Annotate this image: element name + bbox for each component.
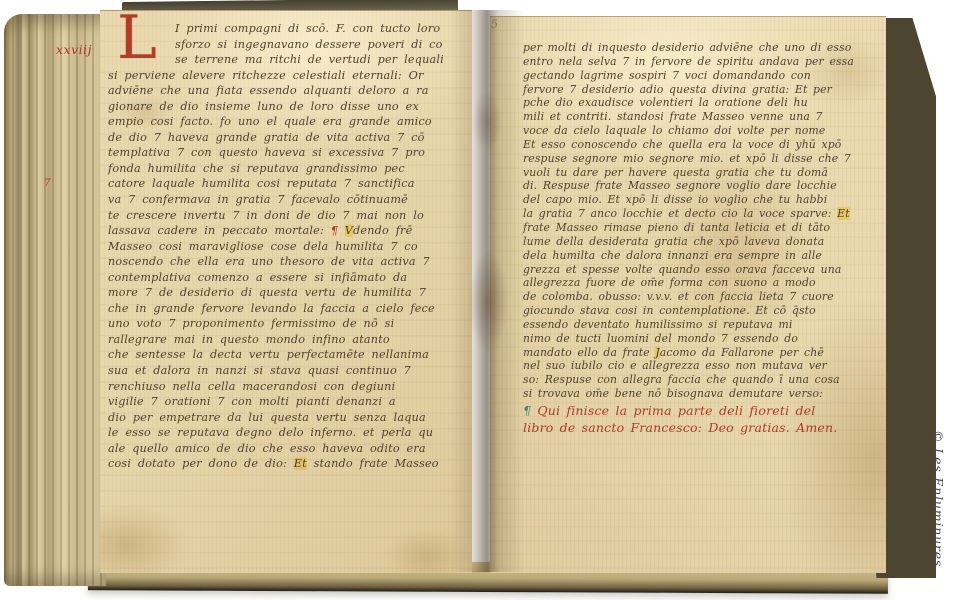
right-page-text: per molti di inquesto desiderio adviēne …: [523, 41, 879, 401]
text-line: respuse segnore mio segnore mio. et xpō …: [523, 152, 879, 166]
text-line: vuoli tu dare per havere questa gratia c…: [523, 166, 879, 180]
photo-credit: © Les Enluminures: [931, 430, 946, 567]
text-line: sforzo si ingegnavano dessere poveri di …: [108, 37, 464, 53]
text-line: si trovava om̄e bene nō bisognava demuta…: [523, 387, 879, 401]
text-line: nel suo iubilo cio e allegrezza esso non…: [523, 359, 879, 373]
left-page-text: I primi compagni di scō. F. con tucto lo…: [108, 21, 464, 472]
text-line: fonda humilita che si reputava grandissi…: [108, 161, 464, 177]
text-line: ¶ Qui finisce la prima parte deli fioret…: [523, 403, 873, 420]
left-page: L I primi compagni di scō. F. con tucto …: [100, 10, 472, 573]
text-line: Et esso conoscendo che quella era la voc…: [523, 138, 879, 152]
text-line: allegrezza fuore de om̄e forma con suono…: [523, 276, 879, 290]
text-line: adviēne che una fiata essendo alquanti d…: [108, 83, 464, 99]
right-page: 45 per molti di inquesto desiderio adviē…: [490, 16, 886, 573]
text-line: rallegrare mai in questo mondo infino at…: [108, 332, 464, 348]
text-line: le esso se reputava degno delo inferno. …: [108, 425, 464, 441]
text-line: I primi compagni di scō. F. con tucto lo…: [108, 21, 464, 37]
text-line: grezza et spesse volte quando esso orava…: [523, 263, 879, 277]
text-line: templativa 7 con questo haveva si excess…: [108, 145, 464, 161]
text-line: contemplativa comenzo a essere si infiām…: [108, 270, 464, 286]
text-line: gionare de dio insieme luno de loro diss…: [108, 99, 464, 115]
chapter-number-label: xxviij: [56, 42, 92, 57]
text-line: per molti di inquesto desiderio adviēne …: [523, 41, 879, 55]
text-line: mandato ello da frate Jacomo da Fallaron…: [523, 346, 879, 360]
text-line: sua et dalora in nanzi si stava quasi co…: [108, 363, 464, 379]
folio-number: 45: [490, 17, 499, 32]
text-line: noscendo che ella era uno thesoro de vit…: [108, 254, 464, 270]
text-line: mili et contriti. standosi frate Masseo …: [523, 110, 879, 124]
text-line: te crescere invertu 7 in doni de dio 7 m…: [108, 208, 464, 224]
text-line: empio cosi facto. fo uno el quale era gr…: [108, 114, 464, 130]
text-line: more 7 de desiderio di questa vertu de h…: [108, 285, 464, 301]
text-line: libro de sancto Francesco: Deo gratias. …: [523, 420, 873, 437]
text-line: di. Respuse frate Masseo segnore voglio …: [523, 179, 879, 193]
text-line: dela humilta che dalora innanzi era semp…: [523, 249, 879, 263]
text-line: del capo mio. Et xpō li disse io voglio …: [523, 193, 879, 207]
text-line: va 7 confermava in gratia 7 facevalo cōt…: [108, 192, 464, 208]
text-line: frate Masseo rimase pieno di tanta letic…: [523, 221, 879, 235]
text-line: nimo de tucti luomini del mondo 7 essend…: [523, 332, 879, 346]
text-line: lume della desiderata gratia che xpō lav…: [523, 235, 879, 249]
text-line: si perviene alevere ritchezze celestiali…: [108, 68, 464, 84]
text-line: dio per empetrare da lui questa vertu se…: [108, 410, 464, 426]
text-line: uno voto 7 proponimento fermissimo de nō…: [108, 316, 464, 332]
text-line: de colomba. obusso: v.v.v. et con faccia…: [523, 290, 879, 304]
colophon-rubric: ¶ Qui finisce la prima parte deli fioret…: [523, 403, 873, 436]
text-line: gectando lagrime sospiri 7 voci domandan…: [523, 69, 879, 83]
text-line: entro nela selva 7 in fervore de spiritu…: [523, 55, 879, 69]
text-line: Masseo cosi maravigliose cose dela humil…: [108, 239, 464, 255]
text-line: vigilie 7 orationi 7 con molti pianti de…: [108, 394, 464, 410]
text-line: giocundo stava cosi in contemplatione. E…: [523, 304, 879, 318]
text-line: so: Respuse con allegra faccia che quand…: [523, 373, 879, 387]
text-line: se terrene ma ritchi de vertudi per lequ…: [108, 52, 464, 68]
text-line: essendo deventato humilissimo si reputav…: [523, 318, 879, 332]
text-line: pche dio exaudisce volentieri la oration…: [523, 96, 879, 110]
text-line: catore laquale humilita cosi reputata 7 …: [108, 176, 464, 192]
text-line: che in grande fervore levando la faccia …: [108, 301, 464, 317]
text-line: la gratia 7 anco locchie et decto cio la…: [523, 207, 879, 221]
page-edges-left: [4, 14, 106, 586]
manuscript-photo: xxviij 7 L I primi compagni di scō. F. c…: [0, 0, 965, 600]
text-line: che sentesse la decta vertu perfectamēte…: [108, 347, 464, 363]
margin-correction-mark: 7: [44, 178, 50, 189]
text-line: ale quello amico de dio che esso haveva …: [108, 441, 464, 457]
text-line: fervore 7 desiderio adio questa divina g…: [523, 83, 879, 97]
text-line: voce da cielo laquale lo chiamo doi volt…: [523, 124, 879, 138]
text-line: cosi dotato per dono de dio: Et stando f…: [108, 456, 464, 472]
text-line: lassava cadere in peccato mortale: ¶ Vde…: [108, 223, 464, 239]
text-line: de dio 7 haveva grande gratia de vita ac…: [108, 130, 464, 146]
text-line: renchiuso nella cella macerandosi con de…: [108, 379, 464, 395]
